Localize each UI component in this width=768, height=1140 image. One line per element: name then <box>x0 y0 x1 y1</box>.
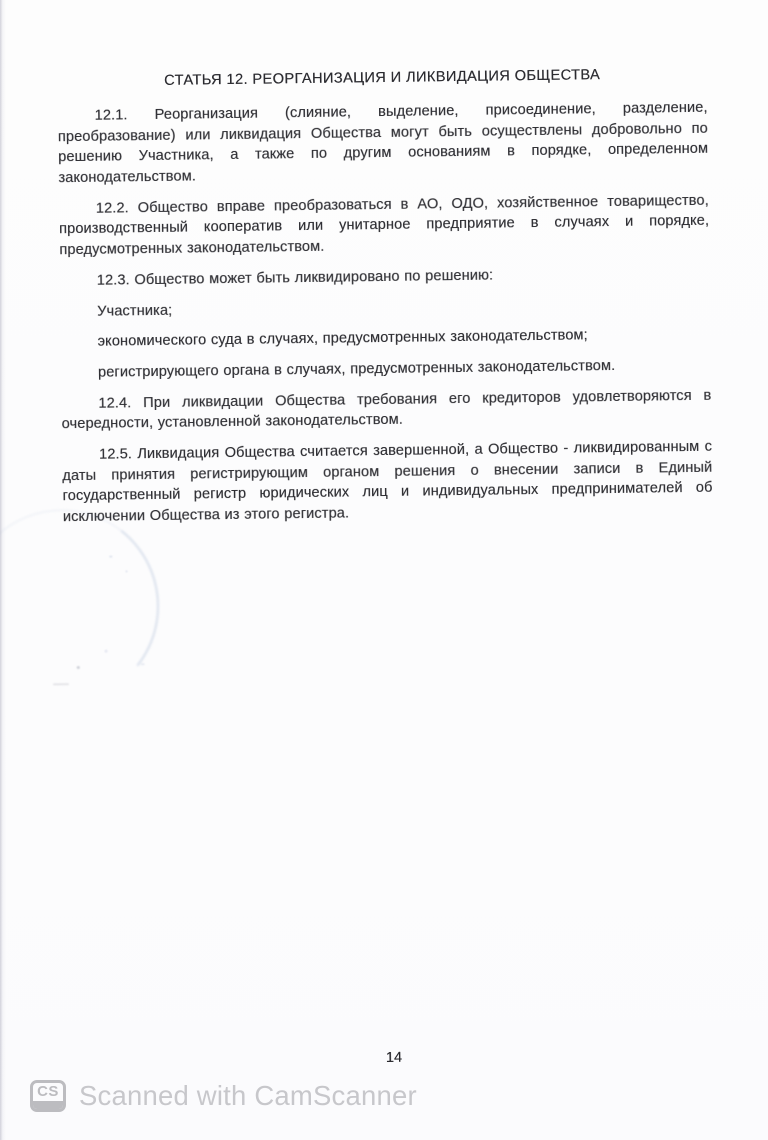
document-body: СТАТЬЯ 12. РЕОРГАНИЗАЦИЯ И ЛИКВИДАЦИЯ ОБ… <box>57 66 713 539</box>
paragraph-12-3: 12.3. Общество может быть ликвидировано … <box>60 263 710 292</box>
paragraph-12-5: 12.5. Ликвидация Общества считается заве… <box>62 437 713 528</box>
scanned-document-page: СТАТЬЯ 12. РЕОРГАНИЗАЦИЯ И ЛИКВИДАЦИЯ ОБ… <box>0 0 768 1140</box>
stamp-speck <box>77 666 80 669</box>
camscanner-logo-icon: CS <box>30 1080 66 1112</box>
paragraph-12-2: 12.2. Общество вправе преобразоваться в … <box>59 191 710 261</box>
document-title: СТАТЬЯ 12. РЕОРГАНИЗАЦИЯ И ЛИКВИДАЦИЯ ОБ… <box>57 66 707 91</box>
camscanner-logo-bar <box>33 1101 63 1109</box>
stamp-speck <box>109 556 112 558</box>
camscanner-watermark: CS Scanned with CamScanner <box>30 1080 417 1112</box>
stamp-speck <box>53 683 69 685</box>
paragraph-12-4: 12.4. При ликвидации Общества требования… <box>61 385 711 435</box>
list-item-economic-court: экономического суда в случаях, предусмот… <box>60 324 710 353</box>
paragraph-12-1: 12.1. Реорганизация (слияние, выделение,… <box>57 98 708 189</box>
list-item-registering-authority: регистрирующего органа в случаях, предус… <box>61 355 711 384</box>
list-item-participant: Участника; <box>60 293 710 322</box>
watermark-text: Scanned with CamScanner <box>79 1080 417 1112</box>
camscanner-logo-letters: CS <box>33 1083 63 1101</box>
stamp-speck <box>105 650 108 653</box>
page-number: 14 <box>10 1045 768 1071</box>
stamp-speck <box>126 570 128 572</box>
stamp-speck <box>141 663 145 665</box>
document-content: СТАТЬЯ 12. РЕОРГАНИЗАЦИЯ И ЛИКВИДАЦИЯ ОБ… <box>0 0 768 1140</box>
